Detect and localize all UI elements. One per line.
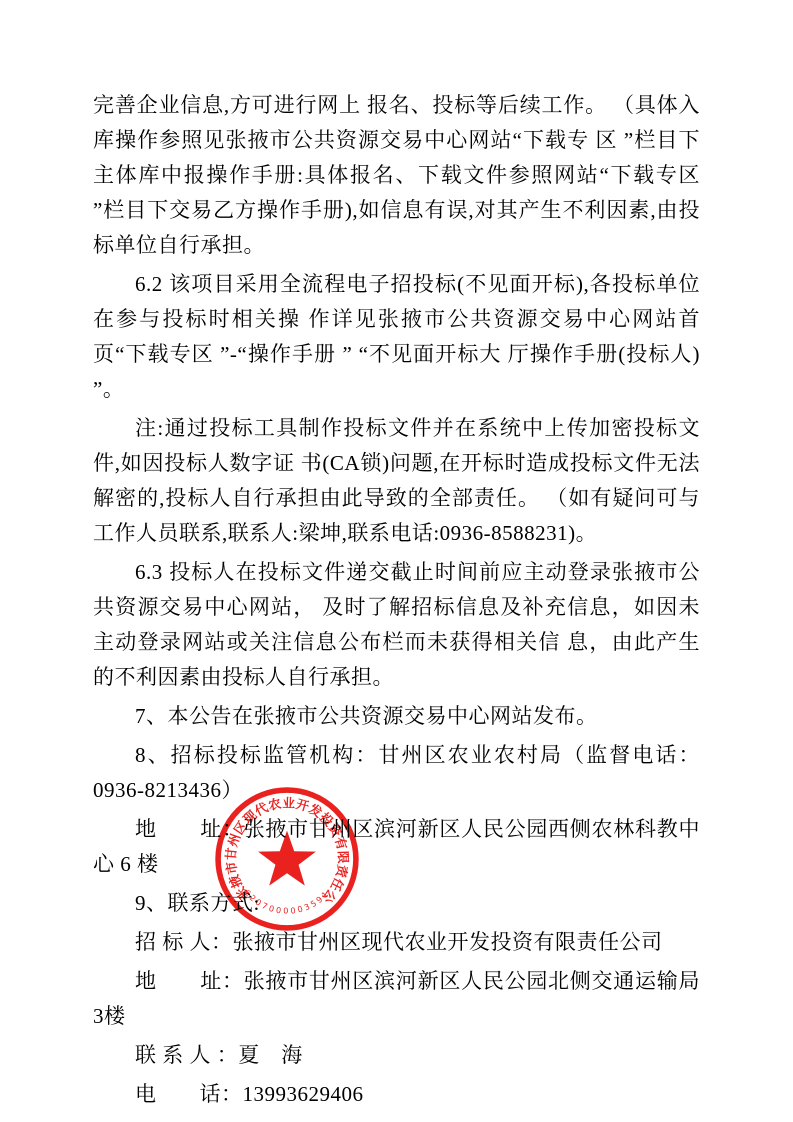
paragraph: 6.2 该项目采用全流程电子招投标(不见面开标),各投标单位在参与投标时相关操 … [93,267,700,407]
paragraph: 9、联系方式: [93,886,700,921]
paragraph: 注:通过投标工具制作投标文件并在系统中上传加密投标文件,如因投标人数字证 书(C… [93,411,700,551]
paragraph: 完善企业信息,方可进行网上 报名、投标等后续工作。 （具体入库操作参照见张掖市公… [93,88,700,263]
paragraph: 地 址：张掖市甘州区滨河新区人民公园西侧农林科教中心 6 楼 [93,812,700,882]
paragraph: 电 话：13993629406 [93,1077,700,1112]
paragraph: 联 系 人 ：夏 海 [93,1038,700,1073]
paragraph: 6.3 投标人在投标文件递交截止时间前应主动登录张掖市公共资源交易中心网站， 及… [93,555,700,695]
paragraph: 地 址：张掖市甘州区滨河新区人民公园北侧交通运输局3楼 [93,964,700,1034]
document-page: 完善企业信息,方可进行网上 报名、投标等后续工作。 （具体入库操作参照见张掖市公… [0,0,793,1122]
paragraph: 招 标 人：张掖市甘州区现代农业开发投资有限责任公司 [93,925,700,960]
paragraph: 7、本公告在张掖市公共资源交易中心网站发布。 [93,699,700,734]
document-body: 完善企业信息,方可进行网上 报名、投标等后续工作。 （具体入库操作参照见张掖市公… [93,88,700,1116]
paragraph: 8、招标投标监管机构：甘州区农业农村局（监督电话： 0936-8213436） [93,738,700,808]
